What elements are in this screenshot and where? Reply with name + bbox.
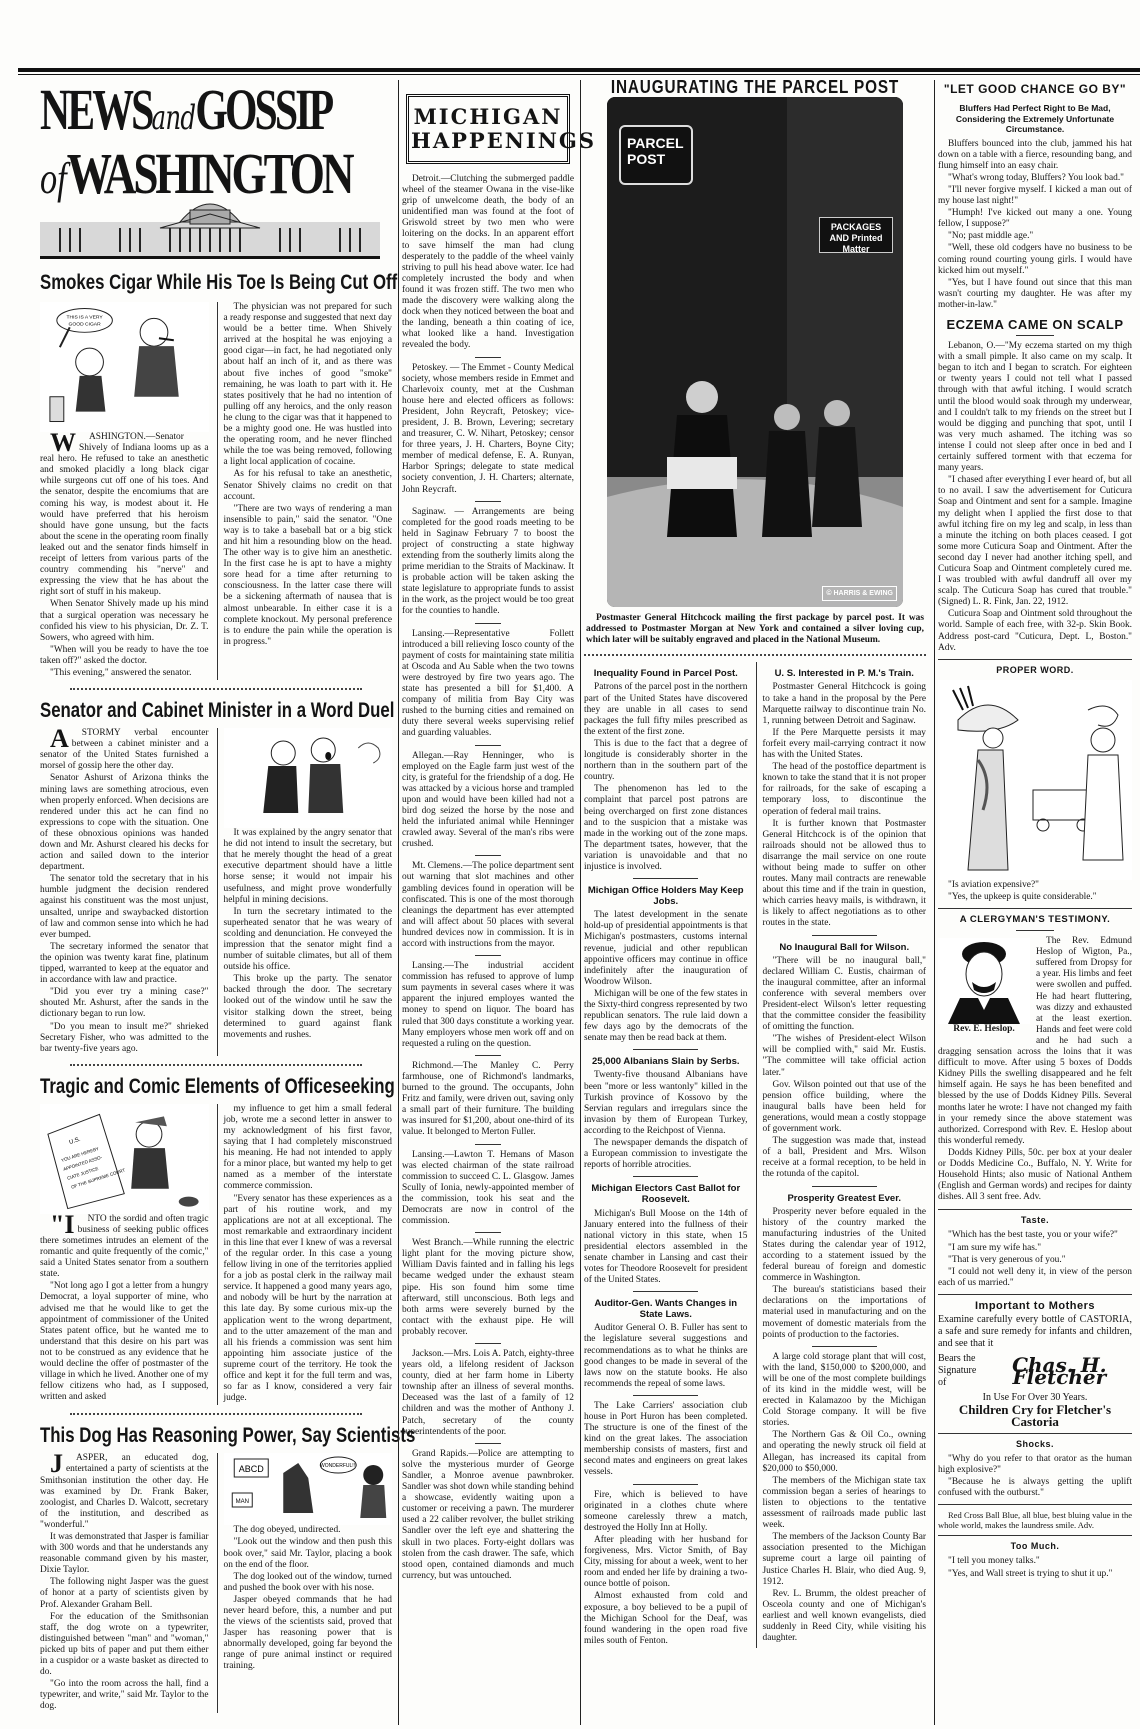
officeseeker-cartoon: U.S. YOU ARE HEREBY APPOINTED ASSO- CIAT… <box>40 1104 209 1214</box>
column-miscellany: "LET GOOD CHANCE GO BY" Bluffers Had Per… <box>938 80 1132 1581</box>
duel-right-text: It was explained by the angry senator th… <box>224 828 393 1041</box>
story-cigar: THIS IS A VERY GOOD CIGAR WASHINGTON.—Se… <box>40 302 392 680</box>
paragraph: "That is very generous of you." <box>938 1255 1132 1266</box>
paragraph: Rev. L. Brumm, the oldest preacher of Os… <box>763 1589 927 1644</box>
paragraph: The members of the Michigan state tax co… <box>763 1476 927 1531</box>
column-michigan-happenings: MICHIGAN HAPPENINGS Detroit.—Clutching t… <box>402 80 574 1583</box>
photo-caption: Postmaster General Hitchcock mailing the… <box>584 607 926 652</box>
svg-text:GOOD CIGAR: GOOD CIGAR <box>69 321 102 327</box>
paragraph: This is due to the fact that a degree of… <box>584 739 748 783</box>
officeseeking-right-text: my influence to get him a small federal … <box>217 1104 393 1406</box>
top-rule <box>18 68 1140 72</box>
story-word-duel: A STORMY verbal encounter between a cabi… <box>40 728 392 1056</box>
paragraph: "I chased after everything I ever heard … <box>938 475 1132 608</box>
divider <box>475 1055 501 1056</box>
subhead-prosperity: Prosperity Greatest Ever. <box>763 1193 927 1204</box>
parcel-left-column: Inequality Found in Parcel Post. Patrons… <box>584 662 748 1648</box>
paragraph: "I tell you money talks." <box>938 1556 1132 1567</box>
divider <box>475 1144 501 1145</box>
item-petoskey: Petoskey. — The Emmet - County Medical s… <box>402 363 574 496</box>
headline-clergyman: A CLERGYMAN'S TESTIMONY. <box>938 914 1132 925</box>
item-lansing-follett: Lansing.—Representative Follett introduc… <box>402 629 574 740</box>
paragraph: Patrons of the parcel post in the northe… <box>584 682 748 737</box>
divider <box>475 855 501 856</box>
item-allegan: Allegan.—Ray Henninger, who is employed … <box>402 751 574 851</box>
headline-cigar: Smokes Cigar While His Toe Is Being Cut … <box>40 270 322 296</box>
portrait-block: Rev. E. Heslop. <box>938 938 1030 1035</box>
paragraph: "I am sure my wife has." <box>938 1243 1132 1254</box>
cigar-right-text: The physician was not prepared for such … <box>217 302 393 680</box>
castoria-cry: Children Cry for Fletcher's Castoria <box>938 1404 1132 1428</box>
packages-sign: PACKAGES AND Printed Matter <box>819 217 893 253</box>
headline-shocks: Shocks. <box>938 1439 1132 1450</box>
aviation-cartoon <box>938 680 1132 880</box>
item-richmond: Richmond.—The Manley C. Perry farmhouse,… <box>402 1061 574 1139</box>
divider <box>938 659 1132 660</box>
officeseeking-left-text: "INTO the sordid and often tragic busine… <box>40 1214 209 1404</box>
subhead-auditor-gen: Auditor-Gen. Wants Changes in State Laws… <box>584 1298 748 1320</box>
paragraph: Twenty-five thousand Albanians have been… <box>584 1070 748 1137</box>
paragraph: "Why do you refer to that orator as the … <box>938 1454 1132 1476</box>
paragraph: Bluffers bounced into the club, jammed h… <box>938 139 1132 172</box>
headline-good-chance: "LET GOOD CHANCE GO BY" <box>938 84 1132 95</box>
item-mt-clemens: Mt. Clemens.—The police department sent … <box>402 861 574 950</box>
column-rule <box>398 80 399 1725</box>
paragraph: "Because he is always getting the uplift… <box>938 1477 1132 1499</box>
paragraph: Lebanon, O.—"My eczema started on my thi… <box>938 341 1132 474</box>
paragraph: "Well, these old codgers have no busines… <box>938 243 1132 276</box>
subhead-pm-train: U. S. Interested in P. M.'s Train. <box>763 668 927 679</box>
divider <box>812 1346 877 1347</box>
heslop-portrait <box>938 938 1030 1024</box>
masthead-line1: NEWSandGOSSIP <box>40 80 285 148</box>
divider <box>938 1433 1132 1434</box>
divider <box>475 1232 501 1233</box>
item-saginaw: Saginaw. — Arrangements are being comple… <box>402 507 574 618</box>
subhead-electors: Michigan Electors Cast Ballot for Roosev… <box>584 1183 748 1205</box>
paragraph: The head of the postoffice department is… <box>763 762 927 817</box>
fletcher-signature: Chas. H. Fletcher <box>987 1359 1132 1383</box>
headline-eczema: ECZEMA CAME ON SCALP <box>938 319 1132 330</box>
divider <box>1016 335 1055 336</box>
divider <box>938 1535 1132 1536</box>
divider <box>475 955 501 956</box>
paragraph: "There will be no inaugural ball," decla… <box>763 956 927 1034</box>
paragraph: "Which has the best taste, you or your w… <box>938 1230 1132 1241</box>
story-dog: JASPER, an educated dog, entertained a p… <box>40 1453 392 1713</box>
paragraph: If the Pere Marquette persists it may fo… <box>763 728 927 761</box>
paragraph: Cuticura Soap and Ointment sold througho… <box>938 609 1132 653</box>
dog-cartoon: ABCD MAN WONDERFUL!!! <box>224 1453 393 1525</box>
paragraph: It is further known that Postmaster Gene… <box>763 819 927 930</box>
subhead-inequality: Inequality Found in Parcel Post. <box>584 668 748 679</box>
paragraph: Michigan's Bull Moose on the 14th of Jan… <box>584 1209 748 1287</box>
paragraph: The Northern Gas & Oil Co., owning and o… <box>763 1430 927 1474</box>
paragraph: Almost exhausted from cold and exposure,… <box>584 1591 748 1646</box>
divider <box>812 935 877 936</box>
word-duel-cartoon <box>224 728 393 828</box>
column-rule <box>934 80 935 1725</box>
michigan-happenings-title: MICHIGAN HAPPENINGS <box>406 94 570 164</box>
paragraph: Fire, which is believed to have originat… <box>584 1490 748 1534</box>
story-officeseeking: U.S. YOU ARE HEREBY APPOINTED ASSO- CIAT… <box>40 1104 392 1406</box>
column-rule <box>580 80 581 1725</box>
divider <box>938 1209 1132 1210</box>
headline-parcel-post: INAUGURATING THE PARCEL POST <box>610 82 901 93</box>
paragraph: "The wishes of President-elect Wilson wi… <box>763 1034 927 1078</box>
portrait-caption: Rev. E. Heslop. <box>938 1024 1030 1035</box>
castoria-body: Examine carefully every bottle of CASTOR… <box>938 1314 1132 1350</box>
svg-text:WONDERFUL!!!: WONDERFUL!!! <box>320 1463 356 1469</box>
divider <box>584 654 926 656</box>
paragraph: The bureau's statisticians based their d… <box>763 1285 927 1340</box>
castoria-ad: Important to Mothers Examine carefully e… <box>938 1300 1132 1428</box>
headline-too-much: Too Much. <box>938 1541 1132 1552</box>
paragraph: Michigan will be one of the few states i… <box>584 989 748 1044</box>
paragraph: Dodds Kidney Pills, 50c. per box at your… <box>938 1148 1132 1203</box>
paragraph: The newspaper demands the dispatch of a … <box>584 1138 748 1171</box>
paragraph: "No; past middle age." <box>938 231 1132 242</box>
paragraph: "Yes, and Wall street is trying to shut … <box>938 1569 1132 1580</box>
divider <box>475 1343 501 1344</box>
item-grand-rapids: Grand Rapids.—Police are attempting to s… <box>402 1449 574 1582</box>
paragraph: Gov. Wilson pointed out that use of the … <box>763 1080 927 1135</box>
dog-right-text: The dog obeyed, undirected. "Look out th… <box>224 1525 393 1672</box>
divider <box>938 1504 1132 1505</box>
divider <box>938 908 1132 909</box>
divider <box>475 501 501 502</box>
divider <box>70 1064 362 1066</box>
divider <box>475 1443 501 1444</box>
headline-taste: Taste. <box>938 1215 1132 1226</box>
divider <box>475 357 501 358</box>
item-lansing-accident: Lansing.—The industrial accident commiss… <box>402 961 574 1050</box>
paragraph: The members of the Jackson County Bar as… <box>763 1532 927 1587</box>
parcel-post-photo: PARCEL POST PACKAGES AND Printed Matter … <box>607 97 903 607</box>
divider <box>812 1186 877 1187</box>
divider <box>70 1413 362 1415</box>
subhead-bluffers: Bluffers Had Perfect Right to Be Mad, Co… <box>938 99 1132 139</box>
column-washington: NEWSandGOSSIP ofWASHINGTON Smok <box>40 80 392 1713</box>
paragraph: The Lake Carriers' association club hous… <box>584 1401 748 1479</box>
paragraph: "I could not well deny it, in view of th… <box>938 1267 1132 1289</box>
divider <box>938 1294 1132 1295</box>
headline-officeseeking: Tragic and Comic Elements of Officeseeki… <box>40 1074 322 1100</box>
svg-text:ABCD: ABCD <box>238 1464 264 1474</box>
parcel-right-column: U. S. Interested in P. M.'s Train. Postm… <box>756 662 927 1648</box>
svg-text:MAN: MAN <box>235 1499 248 1505</box>
divider <box>475 745 501 746</box>
divider <box>633 1291 698 1292</box>
capitol-illustration <box>40 192 380 262</box>
masthead: NEWSandGOSSIP ofWASHINGTON <box>40 80 380 260</box>
paragraph: The latest development in the senate hol… <box>584 910 748 988</box>
castoria-bears: Bears the Signature of <box>938 1353 983 1389</box>
item-detroit: Detroit.—Clutching the submerged paddle … <box>402 174 574 352</box>
divider <box>1016 930 1055 931</box>
paragraph: Prosperity never before equaled in the h… <box>763 1207 927 1285</box>
paragraph: "I'll never forgive myself. I kicked a m… <box>938 185 1132 207</box>
parcel-briefs: Inequality Found in Parcel Post. Patrons… <box>584 662 926 1648</box>
paragraph: "What's wrong today, Bluffers? You look … <box>938 173 1132 184</box>
paragraph: "Yes, the upkeep is quite considerable." <box>938 892 1132 903</box>
paragraph: A large cold storage plant that will cos… <box>763 1352 927 1430</box>
subhead-albanians: 25,000 Albanians Slain by Serbs. <box>584 1056 748 1067</box>
top-rule-thin <box>18 74 1140 75</box>
cigar-cartoon: THIS IS A VERY GOOD CIGAR <box>40 302 209 432</box>
divider <box>633 1484 698 1485</box>
headline-dog: This Dog Has Reasoning Power, Say Scient… <box>40 1423 322 1449</box>
divider <box>633 878 698 879</box>
paragraph: "Is aviation expensive?" <box>938 880 1132 891</box>
dog-left-text: JASPER, an educated dog, entertained a p… <box>40 1453 209 1713</box>
paragraph: "Yes, but I have found out since that th… <box>938 278 1132 311</box>
item-west-branch: West Branch.—While running the electric … <box>402 1238 574 1338</box>
bluing-ad: Red Cross Ball Blue, all blue, best blui… <box>938 1510 1132 1530</box>
paragraph: After pleading with her husband for forg… <box>584 1535 748 1590</box>
item-lansing-hemans: Lansing.—Lawton T. Hemans of Mason was e… <box>402 1150 574 1228</box>
divider <box>633 1176 698 1177</box>
divider <box>633 1395 698 1396</box>
castoria-title: Important to Mothers <box>938 1300 1132 1312</box>
subhead-inaugural-ball: No Inaugural Ball for Wilson. <box>763 942 927 953</box>
paragraph: The phenomenon has led to the complaint … <box>584 784 748 873</box>
paragraph: Postmaster General Hitchcock is going to… <box>763 682 927 726</box>
paragraph: The suggestion was made that, instead of… <box>763 1136 927 1180</box>
duel-left-text: A STORMY verbal encounter between a cabi… <box>40 728 209 1056</box>
item-jackson: Jackson.—Mrs. Lois A. Patch, eighty-thre… <box>402 1349 574 1438</box>
paragraph: Auditor General O. B. Fuller has sent to… <box>584 1323 748 1390</box>
divider <box>475 623 501 624</box>
clergyman-ad: Rev. E. Heslop. The Rev. Edmund Heslop o… <box>938 936 1132 1204</box>
photo-credit: © HARRIS & EWING <box>822 586 897 601</box>
paragraph: "Humph! I've kicked out many a one. Youn… <box>938 208 1132 230</box>
divider <box>633 1049 698 1050</box>
headline-proper-word: PROPER WORD. <box>938 665 1132 676</box>
parcel-post-sign: PARCEL POST <box>619 125 693 185</box>
svg-text:THIS IS A VERY: THIS IS A VERY <box>67 314 104 320</box>
headline-word-duel: Senator and Cabinet Minister in a Word D… <box>40 698 322 724</box>
cigar-left-text: WASHINGTON.—Senator Shively of Indiana l… <box>40 432 209 679</box>
divider <box>70 688 362 690</box>
subhead-office-holders: Michigan Office Holders May Keep Jobs. <box>584 885 748 907</box>
castoria-signature-row: Bears the Signature of Chas. H. Fletcher <box>938 1353 1132 1389</box>
column-parcel-post: INAUGURATING THE PARCEL POST PARCEL POST… <box>584 80 926 1648</box>
